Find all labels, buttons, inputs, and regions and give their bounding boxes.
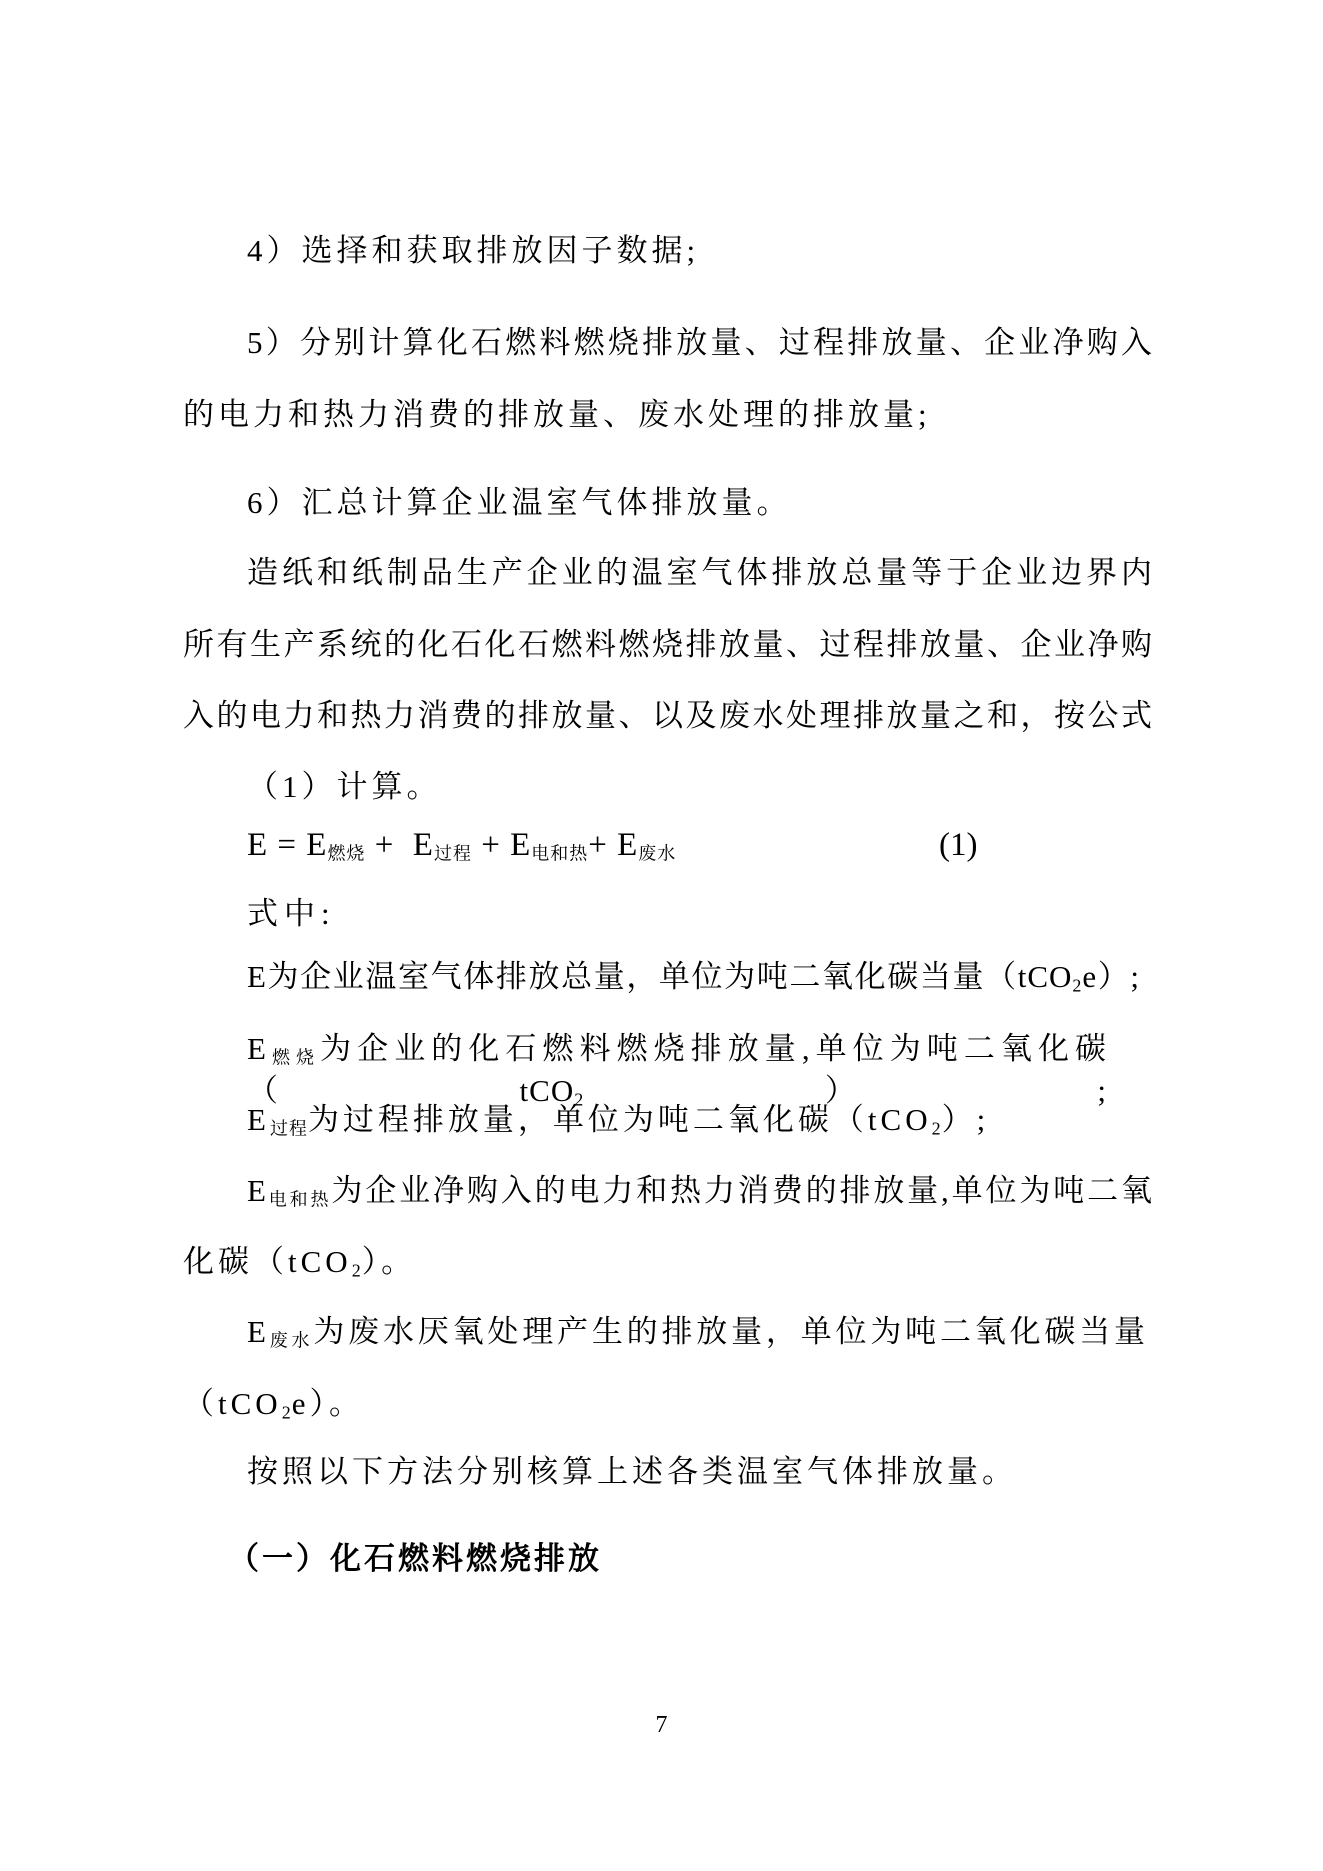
paragraph-total-line2: 所有生产系统的化石化石燃料燃烧排放量、过程排放量、企业净购 [183,624,1153,666]
paragraph-total-line1: 造纸和纸制品生产企业的温室气体排放总量等于企业边界内 [247,552,1153,594]
subscript: 过程 [270,1119,308,1139]
page-number: 7 [0,1712,1323,1739]
definition-e-power-line2: 化碳（tCO2）。 [183,1241,416,1283]
subscript: 2 [1072,976,1082,996]
text-segment: E [247,1031,267,1066]
text-segment: 为企业净购入的电力和热力消费的排放量,单位为吨二氧 [331,1173,1153,1208]
subscript: 燃烧 [327,844,365,864]
list-item-6: 6）汇总计算企业温室气体排放量。 [247,482,792,524]
subscript: 废水 [638,844,676,864]
list-item-5-line2: 的电力和热力消费的排放量、废水处理的排放量; [183,394,931,436]
emission-formula: E = E燃烧 + E过程 + E电和热+ E废水 [247,824,676,866]
text-segment: 为废水厌氧处理产生的排放量，单位为吨二氧化碳当量 [313,1314,1146,1349]
text-segment: + E [588,827,638,863]
paragraph-total-line4: （1）计算。 [247,766,442,808]
definition-e-power-line1: E电和热为企业净购入的电力和热力消费的排放量,单位为吨二氧 [247,1170,1153,1212]
subscript: 2 [282,1403,292,1423]
subscript: 电和热 [531,844,588,864]
text-segment: + E [472,827,531,863]
subscript: 燃烧 [267,1048,320,1068]
text-segment: 为过程排放量，单位为吨二氧化碳（tCO [308,1102,932,1137]
text-segment: e）。 [292,1386,364,1421]
text-segment: E [247,1173,267,1208]
text-segment: E = E [247,827,327,863]
subscript: 2 [932,1119,942,1139]
subscript: 电和热 [267,1190,331,1210]
definition-e-process: E过程为过程排放量，单位为吨二氧化碳（tCO2）; [247,1099,989,1141]
text-segment: E为企业温室气体排放总量，单位为吨二氧化碳当量（tCO [247,959,1072,994]
closing-sentence: 按照以下方法分别核算上述各类温室气体排放量。 [247,1451,1017,1493]
definition-e-waste-line2: （tCO2e）。 [183,1383,364,1425]
paragraph-total-line3: 入的电力和热力消费的排放量、以及废水处理排放量之和，按公式 [183,695,1153,737]
text-segment: ）; [942,1102,990,1137]
definition-e-total: E为企业温室气体排放总量，单位为吨二氧化碳当量（tCO2e）; [247,956,1140,998]
list-item-4: 4）选择和获取排放因子数据; [247,230,699,272]
text-segment: e）; [1082,959,1140,994]
subscript: 废水 [267,1331,313,1351]
list-item-5-line1: 5）分别计算化石燃料燃烧排放量、过程排放量、企业净购入 [247,322,1153,364]
text-segment: + E [365,827,434,863]
subscript: 2 [352,1261,362,1281]
subscript: 过程 [434,844,472,864]
document-page: 4）选择和获取排放因子数据; 5）分别计算化石燃料燃烧排放量、过程排放量、企业净… [0,0,1323,1871]
text-segment: E [247,1102,270,1137]
formula-equation-number: (1) [939,824,977,866]
text-segment: ）。 [362,1244,417,1279]
text-segment: （tCO [183,1386,282,1421]
definition-e-waste-line1: E废水为废水厌氧处理产生的排放量，单位为吨二氧化碳当量 [247,1311,1146,1353]
section-heading: （一）化石燃料燃烧排放 [228,1538,602,1580]
text-segment: 化碳（tCO [183,1244,352,1279]
text-segment: E [247,1314,267,1349]
where-label: 式中: [247,893,336,935]
